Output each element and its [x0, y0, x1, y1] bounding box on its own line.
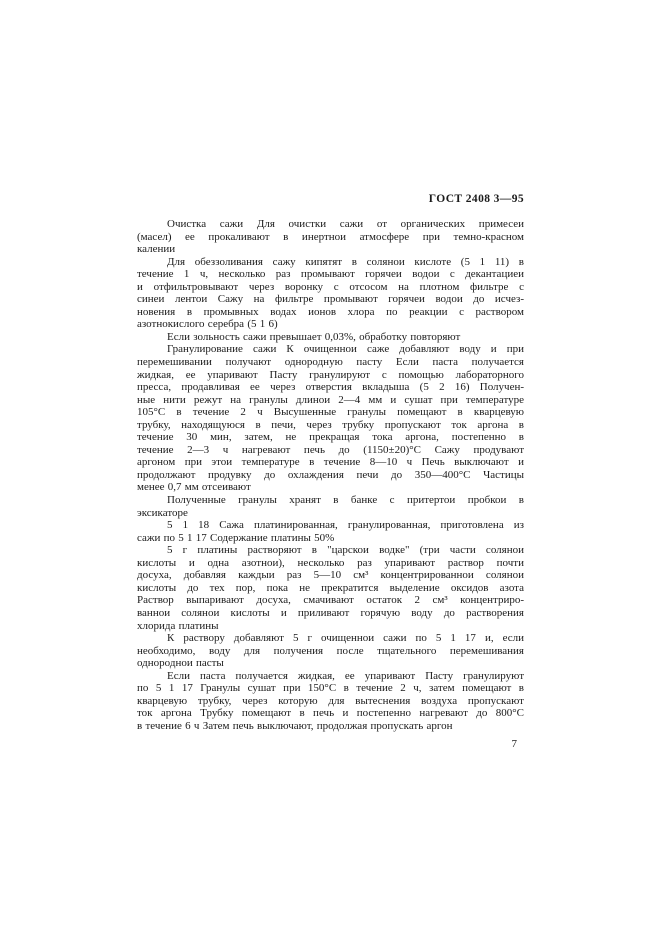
text-line: хлорида платины: [137, 620, 524, 633]
document-page: ГОСТ 2408 3—95 Очистка сажи Для очистки …: [0, 0, 661, 935]
running-header: ГОСТ 2408 3—95: [137, 193, 524, 205]
text-line: ваннои солянои кислоты и приливают горяч…: [137, 607, 524, 620]
document-body: Очистка сажи Для очистки сажи от органич…: [137, 218, 524, 732]
text-line: ток аргона Трубку помещают в печь и пост…: [137, 707, 524, 720]
text-line: перемешивании получают однородную пасту …: [137, 356, 524, 369]
text-line: ные нити режут на гранулы длинои 2—4 мм …: [137, 394, 524, 407]
text-line: кислоты и одна азотнои), несколько раз у…: [137, 557, 524, 570]
text-line: калении: [137, 243, 524, 256]
text-line: трубку, находящуюся в печи, через трубку…: [137, 419, 524, 432]
text-line: необходимо, воду для получения после тща…: [137, 645, 524, 658]
text-line: течение 2—3 ч нагревают печь до (1150±20…: [137, 444, 524, 457]
text-line: (масел) ее прокаливают в инертнои атмосф…: [137, 231, 524, 244]
text-line: азотнокислого серебра (5 1 6): [137, 318, 524, 331]
text-line: 105°С в течение 2 ч Высушенные гранулы п…: [137, 406, 524, 419]
text-line: в течение 6 ч Затем печь выключают, прод…: [137, 720, 524, 733]
text-line: течение 1 ч, несколько раз промывают гор…: [137, 268, 524, 281]
text-line: аргоном при этои температуре в течение 8…: [137, 456, 524, 469]
text-line: Гранулирование сажи К очищеннои саже доб…: [137, 343, 524, 356]
text-line: Если паста получается жидкая, ее упарива…: [137, 670, 524, 683]
text-line: сажи по 5 1 17 Содержание платины 50%: [137, 532, 524, 545]
text-line: кислоты до тех пор, пока не прекратится …: [137, 582, 524, 595]
text-line: досуха, добавляя каждыи раз 5—10 см³ кон…: [137, 569, 524, 582]
text-line: и отфильтровывают через воронку с отсосо…: [137, 281, 524, 294]
text-line: кварцевую трубку, через которую для выте…: [137, 695, 524, 708]
text-line: Очистка сажи Для очистки сажи от органич…: [137, 218, 524, 231]
text-line: жидкая, ее упаривают Пасту гранулируют с…: [137, 369, 524, 382]
text-line: Для обеззоливания сажу кипятят в солянои…: [137, 256, 524, 269]
text-line: пресса, продавливая ее через отверстия в…: [137, 381, 524, 394]
text-line: К раствору добавляют 5 г очищеннои сажи …: [137, 632, 524, 645]
text-line: продолжают продувку до охлаждения печи д…: [137, 469, 524, 482]
text-line: Полученные гранулы хранят в банке с прит…: [137, 494, 524, 507]
text-line: Если зольность сажи превышает 0,03%, обр…: [137, 331, 524, 344]
text-line: течение 30 мин, затем, не прекращая тока…: [137, 431, 524, 444]
text-line: однороднои пасты: [137, 657, 524, 670]
text-line: Раствор выпаривают досуха, смачивают ост…: [137, 594, 524, 607]
text-line: эксикаторе: [137, 507, 524, 520]
text-line: новения в промывных водах ионов хлора по…: [137, 306, 524, 319]
text-line: синеи лентои Сажу на фильтре промывают г…: [137, 293, 524, 306]
text-line: 5 1 18 Сажа платинированная, гранулирова…: [137, 519, 524, 532]
text-line: по 5 1 17 Гранулы сушат при 150°С в тече…: [137, 682, 524, 695]
text-line: менее 0,7 мм отсеивают: [137, 481, 524, 494]
page-number: 7: [137, 738, 517, 750]
text-line: 5 г платины растворяют в "царскои водке"…: [137, 544, 524, 557]
